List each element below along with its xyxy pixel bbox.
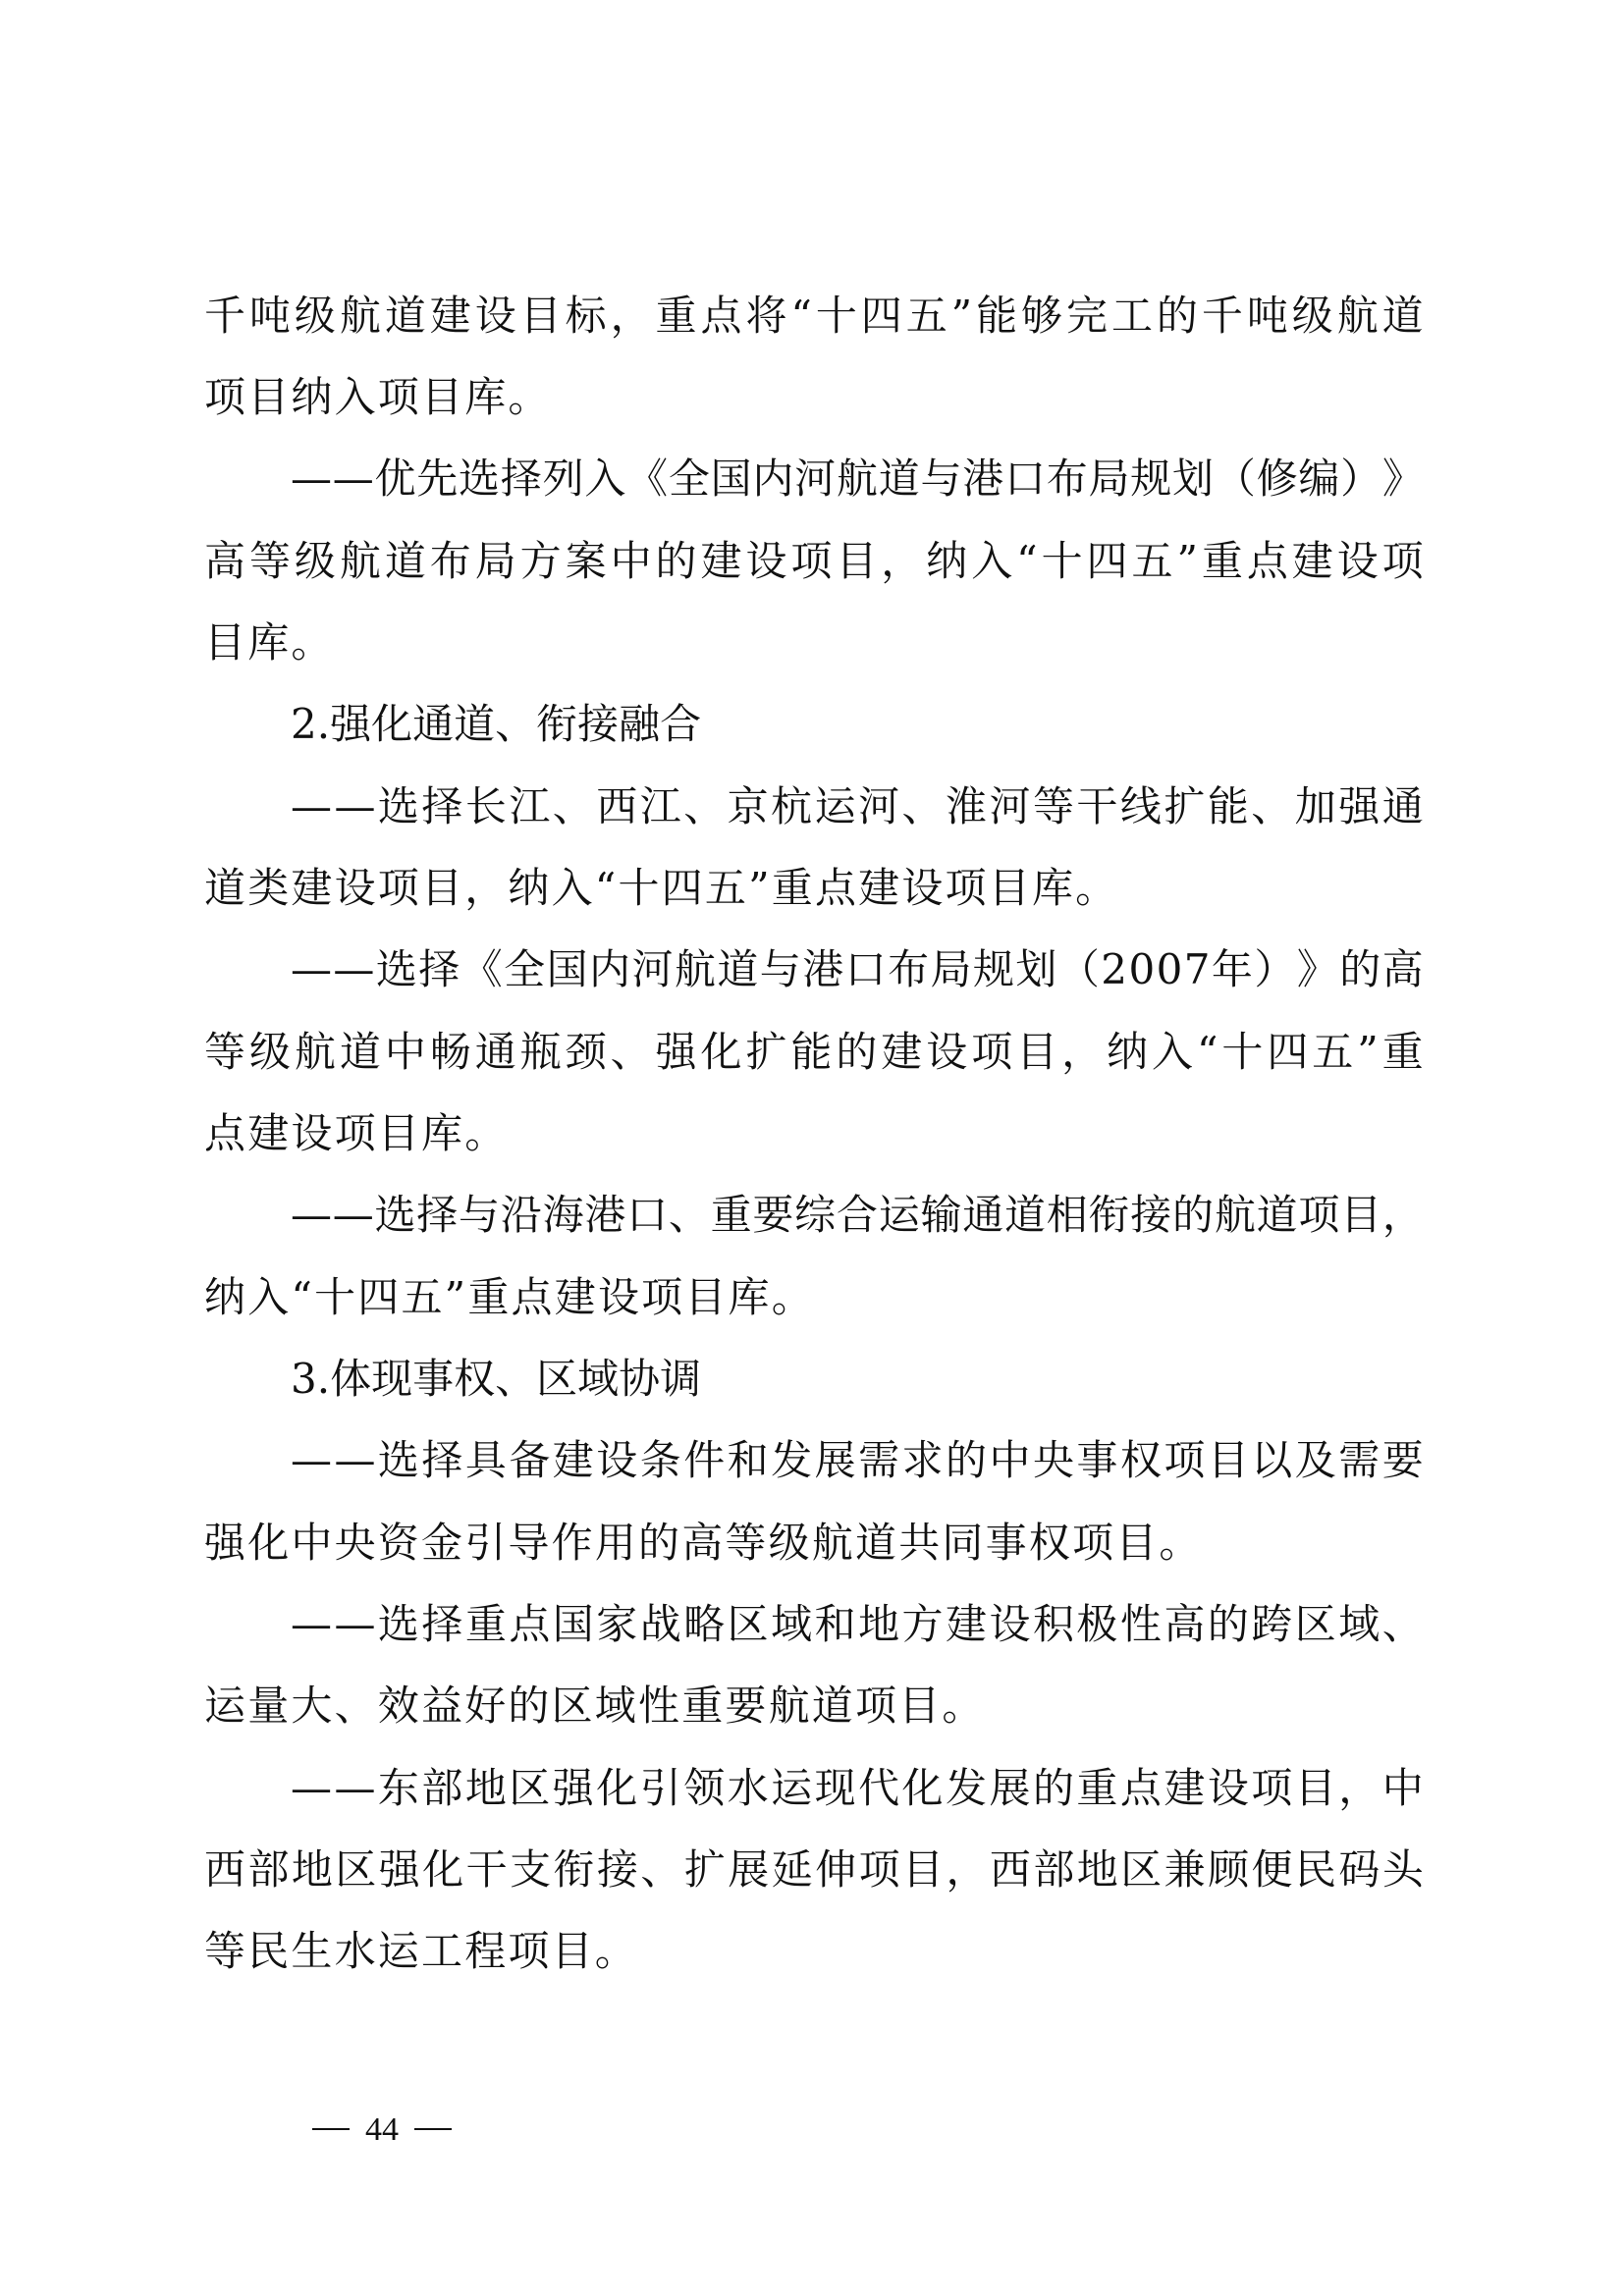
glyph: 0 [1157,942,1183,997]
glyph: 颈 [566,1025,607,1080]
glyph: 》 [1297,942,1338,997]
glyph: 的 [1172,1188,1214,1243]
glyph: 航 [340,289,381,344]
glyph: — [333,1188,374,1243]
glyph: ） [1340,452,1381,507]
glyph: 等 [1033,779,1074,834]
glyph: 线 [1120,779,1162,834]
glyph: 道 [717,942,758,997]
body-text-line: 千吨级航道建设目标，重点将“十四五”能够完工的千吨级航道 [204,289,1424,344]
glyph: 建 [1164,1761,1205,1816]
glyph: 现 [815,1761,856,1816]
glyph: 能 [790,1025,832,1080]
glyph: 十 [1221,1025,1263,1080]
glyph: 江 [509,779,550,834]
glyph: — [291,1188,332,1243]
glyph: 相 [1047,1188,1088,1243]
glyph: 中 [611,534,652,589]
list-item-dash-line: ——选择具备建设条件和发展需求的中央事权项目以及需要 [291,1433,1424,1488]
glyph: “ [1016,534,1037,589]
glyph: 港 [802,942,843,997]
glyph: 要 [752,1188,793,1243]
glyph: 伸 [815,1842,856,1897]
glyph: 全 [669,452,710,507]
glyph: 江 [640,779,681,834]
glyph: 项 [1164,1433,1205,1488]
glyph: 道 [1382,289,1424,344]
glyph: 设 [745,534,786,589]
section-heading: 3.体现事权、区域协调 [291,1352,1424,1407]
glyph: 极 [1076,1597,1117,1652]
glyph: 入 [584,452,625,507]
glyph: 选 [459,452,500,507]
glyph: 道 [1257,1188,1298,1243]
glyph: 领 [683,1761,725,1816]
glyph: 需 [858,1433,899,1488]
glyph: 建 [553,1433,594,1488]
glyph: ， [1061,1025,1103,1080]
glyph: 项 [1298,1188,1339,1243]
glyph: 西 [596,779,637,834]
glyph: 布 [430,534,471,589]
glyph: 、 [683,779,725,834]
glyph: 强 [379,1842,420,1897]
glyph: 、 [669,1188,710,1243]
glyph: 重 [1076,1761,1117,1816]
glyph: 规 [973,942,1014,997]
glyph: 强 [656,1025,697,1080]
glyph: 四 [1087,534,1128,589]
glyph: 化 [902,1761,944,1816]
glyph: 四 [1267,1025,1308,1080]
glyph: 、 [640,1842,681,1897]
glyph: 选 [378,1433,419,1488]
glyph: “ [790,289,811,344]
glyph: 千 [1202,289,1243,344]
glyph: 0 [1128,942,1155,997]
glyph: — [333,452,374,507]
glyph: 五 [1312,1025,1353,1080]
glyph: 地 [292,1842,333,1897]
glyph: 优 [375,452,416,507]
glyph: 通 [475,1025,516,1080]
glyph: 加 [1295,779,1336,834]
list-item-dash-line: ——选择与沿海港口、重要综合运输通道相衔接的航道项目， [291,1188,1424,1243]
document-page: 千吨级航道建设目标，重点将“十四五”能够完工的千吨级航道 项目纳入项目库。 ——… [0,0,1624,2296]
glyph: 设 [1337,534,1379,589]
glyph: 口 [845,942,887,997]
glyph: — [333,942,374,997]
glyph: 要 [1382,1433,1424,1488]
glyph: 高 [1164,1597,1205,1652]
glyph: 杭 [771,779,812,834]
glyph: 通 [1382,779,1424,834]
glyph: 规 [1130,452,1171,507]
glyph: 通 [962,1188,1003,1243]
glyph: 择 [416,1188,458,1243]
glyph: 衔 [554,1842,595,1897]
glyph: 建 [430,289,471,344]
glyph: 水 [728,1761,769,1816]
glyph: 民 [1295,1842,1336,1897]
glyph: 完 [1066,289,1108,344]
glyph: 目 [1208,1433,1249,1488]
glyph: 、 [1251,779,1292,834]
glyph: 区 [335,1842,376,1897]
glyph: 入 [1152,1025,1193,1080]
glyph: 布 [1047,452,1088,507]
glyph: 运 [815,779,856,834]
glyph: 发 [771,1433,812,1488]
glyph: 积 [1033,1597,1074,1652]
glyph: 海 [543,1188,584,1243]
glyph: 7 [1184,942,1211,997]
glyph: 择 [501,452,542,507]
glyph: 件 [683,1433,725,1488]
glyph: — [291,1761,332,1816]
glyph: 国 [711,452,752,507]
list-item-dash-line: ——选择《全国内河航道与港口布局规划（2007年）》的高 [291,942,1424,997]
glyph: 航 [837,452,878,507]
glyph: （ [1058,942,1100,997]
glyph: 重 [711,1188,752,1243]
body-text-line: 等民生水运工程项目。 [204,1924,1424,1979]
glyph: 目 [1340,1188,1381,1243]
glyph: 强 [1338,779,1380,834]
glyph: 事 [1076,1433,1117,1488]
glyph: ， [1338,1761,1380,1816]
glyph: 五 [1131,534,1172,589]
glyph: 建 [881,1025,922,1080]
glyph: 局 [475,534,516,589]
glyph: （ [1215,452,1256,507]
section-heading: 2.强化通道、衔接融合 [291,697,1424,752]
glyph: 港 [584,1188,625,1243]
list-item-dash-line: ——选择重点国家战略区域和地方建设积极性高的跨区域、 [291,1597,1424,1652]
glyph: 中 [385,1025,426,1080]
glyph: 部 [1033,1842,1074,1897]
glyph: 项 [790,534,832,589]
glyph: 港 [962,452,1003,507]
glyph: 京 [728,779,769,834]
glyph: 选 [376,942,417,997]
glyph: 等 [204,1025,245,1080]
glyph: 与 [760,942,801,997]
glyph: 代 [858,1761,899,1816]
glyph: 案 [566,534,607,589]
glyph: 点 [1247,534,1288,589]
glyph: 区 [1295,1597,1336,1652]
glyph: 家 [596,1597,637,1652]
glyph: 地 [465,1761,507,1816]
glyph: 择 [421,1597,462,1652]
glyph: 目 [1016,1025,1057,1080]
glyph: 级 [295,289,336,344]
glyph: 的 [836,1025,877,1080]
glyph: 局 [1089,452,1130,507]
glyph: 》 [1382,452,1424,507]
glyph: 略 [683,1597,725,1652]
glyph: 输 [920,1188,961,1243]
page-number-dash-right [414,2128,452,2130]
body-text-line: 道类建设项目，纳入“十四五”重点建设项目库。 [204,861,1424,916]
glyph: 化 [700,1025,741,1080]
glyph: — [291,1433,332,1488]
glyph: 划 [1015,942,1056,997]
glyph: 地 [858,1597,899,1652]
body-text-line: 强化中央资金引导作用的高等级航道共同事权项目。 [204,1516,1424,1571]
glyph: 十 [816,289,857,344]
glyph: 设 [1208,1761,1249,1816]
glyph: 沿 [501,1188,542,1243]
glyph: 航 [675,942,716,997]
glyph: 接 [597,1842,638,1897]
glyph: 高 [1382,942,1424,997]
glyph: 设 [989,1597,1030,1652]
glyph: 干 [1076,779,1117,834]
glyph: 布 [888,942,929,997]
glyph: 西 [990,1842,1031,1897]
glyph: ） [1254,942,1295,997]
glyph: 口 [626,1188,668,1243]
glyph: 国 [547,942,588,997]
glyph: 和 [728,1433,769,1488]
glyph: 能 [976,289,1017,344]
glyph: 的 [656,534,697,589]
glyph: 点 [509,1597,550,1652]
glyph: 运 [879,1188,920,1243]
glyph: 部 [247,1842,289,1897]
glyph: 顾 [1208,1842,1249,1897]
glyph: 择 [421,1433,462,1488]
glyph: 《 [626,452,668,507]
glyph: — [291,942,332,997]
glyph: 四 [861,289,902,344]
glyph: 引 [640,1761,681,1816]
glyph: 选 [375,1188,416,1243]
glyph: 与 [920,452,961,507]
glyph: 纳 [926,534,967,589]
glyph: 兼 [1164,1842,1206,1897]
glyph: 目 [836,534,877,589]
glyph: — [334,1761,375,1816]
glyph: 编 [1298,452,1339,507]
glyph: 、 [553,779,594,834]
body-text-line: 运量大、效益好的区域性重要航道项目。 [204,1679,1424,1734]
glyph: 吨 [249,289,291,344]
glyph: 和 [815,1597,856,1652]
body-text-line: 高等级航道布局方案中的建设项目，纳入“十四五”重点建设项 [204,534,1424,589]
glyph: 需 [1338,1433,1380,1488]
page-number-dash-left [312,2128,350,2130]
glyph: 口 [1004,452,1046,507]
body-text-line: 项目纳入项目库。 [204,370,1424,425]
glyph: 选 [378,779,419,834]
glyph: 延 [772,1842,813,1897]
glyph: 的 [1208,1597,1249,1652]
glyph: 内 [752,452,793,507]
body-text-line: 点建设项目库。 [204,1106,1424,1161]
glyph: 扩 [684,1842,726,1897]
glyph: 级 [249,1025,291,1080]
glyph: — [291,779,332,834]
glyph: 重 [465,1597,507,1652]
glyph: 将 [745,289,786,344]
glyph: 选 [378,1597,419,1652]
glyph: 设 [475,289,516,344]
glyph: 跨 [1251,1597,1292,1652]
glyph: 项 [859,1842,900,1897]
glyph: 能 [1208,779,1249,834]
glyph: 的 [1157,289,1198,344]
glyph: 接 [1130,1188,1171,1243]
glyph: 发 [946,1761,987,1816]
glyph: 建 [946,1597,987,1652]
glyph: — [334,1597,375,1652]
glyph: 展 [815,1433,856,1488]
glyph: 先 [416,452,458,507]
glyph: ” [951,289,972,344]
glyph: 化 [596,1761,637,1816]
glyph: 高 [204,534,245,589]
glyph: 支 [510,1842,551,1897]
glyph: 点 [1120,1761,1162,1816]
glyph: 河 [631,942,673,997]
glyph: 区 [728,1597,769,1652]
body-text-line: 西部地区强化干支衔接、扩展延伸项目，西部地区兼顾便民码头 [204,1842,1424,1897]
glyph: 合 [837,1188,878,1243]
glyph: 点 [700,289,741,344]
glyph: 项 [1382,534,1424,589]
glyph: 建 [700,534,741,589]
body-text-line: 纳入“十四五”重点建设项目库。 [204,1270,1424,1325]
glyph: 项 [1251,1761,1292,1816]
glyph: 及 [1295,1433,1336,1488]
glyph: 条 [640,1433,681,1488]
glyph: 级 [295,534,336,589]
glyph: 运 [771,1761,812,1816]
list-item-dash-line: ——优先选择列入《全国内河航道与港口布局规划（修编）》 [291,452,1424,507]
body-text-line: 目库。 [204,615,1424,670]
glyph: 十 [1042,534,1083,589]
glyph: 吨 [1247,289,1288,344]
glyph: 、 [611,1025,652,1080]
glyph: 航 [1337,289,1379,344]
glyph: 2 [1101,942,1127,997]
glyph: 权 [1120,1433,1162,1488]
glyph: ， [946,1842,987,1897]
glyph: ， [1382,1188,1424,1243]
glyph: — [291,452,332,507]
glyph: 瓶 [520,1025,562,1080]
glyph: 国 [553,1597,594,1652]
glyph: 东 [378,1761,419,1816]
glyph: 道 [385,289,426,344]
glyph: 列 [543,452,584,507]
glyph: 河 [794,452,836,507]
glyph: 方 [520,534,562,589]
glyph: 展 [989,1761,1030,1816]
glyph: 目 [902,1842,944,1897]
glyph: 划 [1172,452,1214,507]
glyph: 的 [1033,1761,1074,1816]
list-item-dash-line: ——选择长江、西江、京杭运河、淮河等干线扩能、加强通 [291,779,1424,834]
glyph: 设 [926,1025,967,1080]
glyph: 道 [340,1025,381,1080]
glyph: 航 [295,1025,336,1080]
glyph: 年 [1212,942,1253,997]
glyph: ” [1176,534,1197,589]
glyph: 强 [553,1761,594,1816]
glyph: 设 [596,1433,637,1488]
glyph: 重 [1382,1025,1424,1080]
glyph: 与 [459,1188,500,1243]
glyph: — [291,1597,332,1652]
glyph: 地 [1077,1842,1118,1897]
glyph: ” [1357,1025,1378,1080]
glyph: 目 [520,289,562,344]
list-item-dash-line: ——东部地区强化引领水运现代化发展的重点建设项目，中 [291,1761,1424,1816]
glyph: 综 [794,1188,836,1243]
glyph: 河 [989,779,1030,834]
glyph: 建 [1292,534,1333,589]
glyph: 央 [1033,1433,1074,1488]
glyph: 河 [858,779,899,834]
glyph: 备 [509,1433,550,1488]
glyph: 《 [461,942,503,997]
glyph: ， [611,289,652,344]
glyph: 航 [340,534,381,589]
glyph: 全 [504,942,545,997]
glyph: 战 [640,1597,681,1652]
glyph: 西 [204,1842,245,1897]
glyph: 项 [971,1025,1012,1080]
glyph: 中 [989,1433,1030,1488]
glyph: 求 [902,1433,944,1488]
glyph: 部 [421,1761,462,1816]
glyph: 够 [1021,289,1062,344]
glyph: 择 [418,942,460,997]
glyph: 纳 [1107,1025,1148,1080]
glyph: — [334,1433,375,1488]
glyph: 以 [1251,1433,1292,1488]
glyph: 千 [204,289,245,344]
page-number: 44 [312,2107,452,2150]
glyph: 中 [1382,1761,1424,1816]
glyph: 、 [902,779,944,834]
glyph: 长 [465,779,507,834]
glyph: 道 [879,452,920,507]
glyph: 道 [1004,1188,1046,1243]
glyph: 目 [1295,1761,1336,1816]
glyph: 修 [1257,452,1298,507]
glyph: 扩 [1164,779,1205,834]
body-text-line: 等级航道中畅通瓶颈、强化扩能的建设项目，纳入“十四五”重 [204,1025,1424,1080]
glyph: 重 [1202,534,1243,589]
glyph: 五 [906,289,947,344]
glyph: 的 [1339,942,1380,997]
glyph: 道 [385,534,426,589]
glyph: 衔 [1089,1188,1130,1243]
glyph: 重 [656,289,697,344]
glyph: 区 [1120,1842,1162,1897]
glyph: 标 [566,289,607,344]
glyph: 性 [1120,1597,1162,1652]
glyph: 航 [1215,1188,1256,1243]
glyph: 择 [421,779,462,834]
glyph: 内 [589,942,630,997]
glyph: 区 [509,1761,550,1816]
